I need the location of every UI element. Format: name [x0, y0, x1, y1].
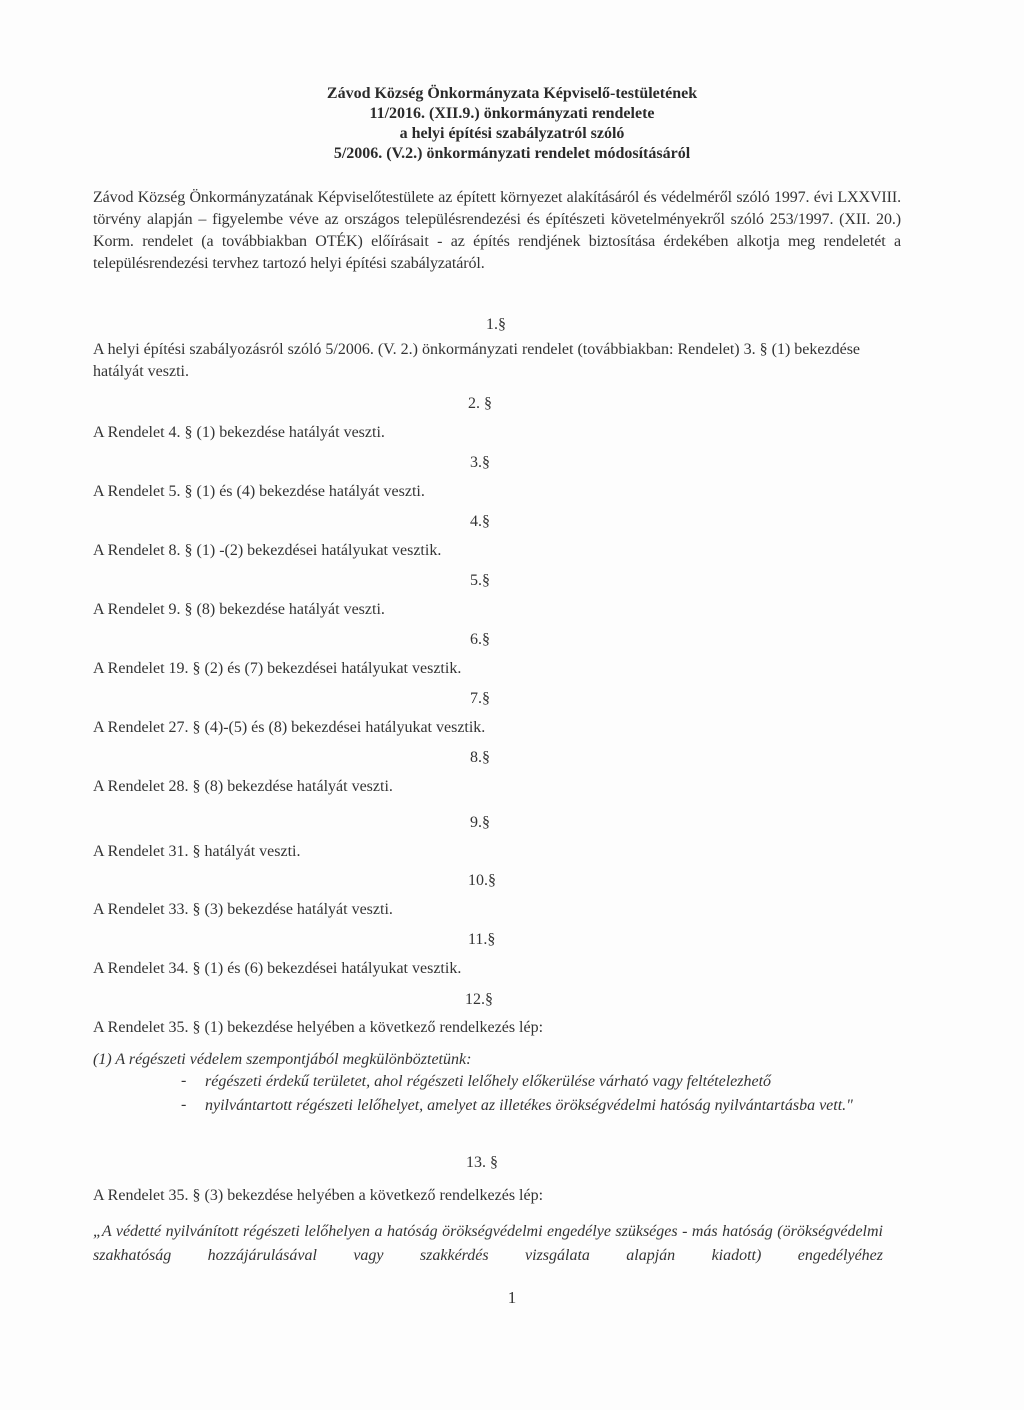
section-text: A Rendelet 34. § (1) és (6) bekezdései h…: [93, 958, 461, 980]
section-text: A Rendelet 35. § (1) bekezdése helyében …: [93, 1017, 543, 1039]
section-number: 11.§: [468, 930, 495, 950]
section-number: 13. §: [466, 1153, 498, 1173]
section-number: 8.§: [470, 748, 490, 768]
section-text: A Rendelet 31. § hatályát veszti.: [93, 841, 301, 863]
title-line: 5/2006. (V.2.) önkormányzati rendelet mó…: [0, 144, 1024, 164]
section-text: A Rendelet 28. § (8) bekezdése hatályát …: [93, 776, 393, 798]
section-number: 7.§: [470, 689, 490, 709]
amendment-intro: (1) A régészeti védelem szempontjából me…: [93, 1049, 883, 1071]
document-title: Závod Község Önkormányzata Képviselő-tes…: [0, 84, 1024, 164]
document-page: Závod Község Önkormányzata Képviselő-tes…: [0, 0, 1024, 1410]
section-number: 2. §: [468, 394, 492, 414]
section-number: 4.§: [470, 512, 490, 532]
bullet-marker: -: [181, 1096, 186, 1114]
bullet-marker: -: [181, 1072, 186, 1090]
section-number: 6.§: [470, 630, 490, 650]
section-text: A Rendelet 5. § (1) és (4) bekezdése hat…: [93, 481, 425, 503]
preamble-paragraph: Závod Község Önkormányzatának Képviselőt…: [93, 187, 901, 275]
section-text: A Rendelet 35. § (3) bekezdése helyében …: [93, 1185, 543, 1207]
section-text: A Rendelet 27. § (4)-(5) és (8) bekezdés…: [93, 717, 485, 739]
section-number: 12.§: [465, 990, 493, 1010]
section-text: A Rendelet 8. § (1) -(2) bekezdései hatá…: [93, 540, 441, 562]
title-line: 11/2016. (XII.9.) önkormányzati rendelet…: [0, 104, 1024, 124]
section-text: A Rendelet 4. § (1) bekezdése hatályát v…: [93, 422, 385, 444]
page-number: 1: [0, 1288, 1024, 1308]
amendment-quote: „A védetté nyilvánított régészeti lelőhe…: [93, 1220, 883, 1268]
section-number: 1.§: [486, 315, 506, 335]
bullet-item: régészeti érdekű területet, ahol régésze…: [205, 1072, 880, 1092]
section-text: A Rendelet 9. § (8) bekezdése hatályát v…: [93, 599, 385, 621]
section-number: 3.§: [470, 453, 490, 473]
bullet-item: nyilvántartott régészeti lelőhelyet, ame…: [205, 1096, 880, 1116]
title-line: a helyi építési szabályzatról szóló: [0, 124, 1024, 144]
section-number: 10.§: [468, 871, 496, 891]
title-line: Závod Község Önkormányzata Képviselő-tes…: [0, 84, 1024, 104]
section-text: A Rendelet 19. § (2) és (7) bekezdései h…: [93, 658, 461, 680]
section-text: A helyi építési szabályozásról szóló 5/2…: [93, 339, 893, 383]
section-text: A Rendelet 33. § (3) bekezdése hatályát …: [93, 899, 393, 921]
section-number: 5.§: [470, 571, 490, 591]
section-number: 9.§: [470, 813, 490, 833]
